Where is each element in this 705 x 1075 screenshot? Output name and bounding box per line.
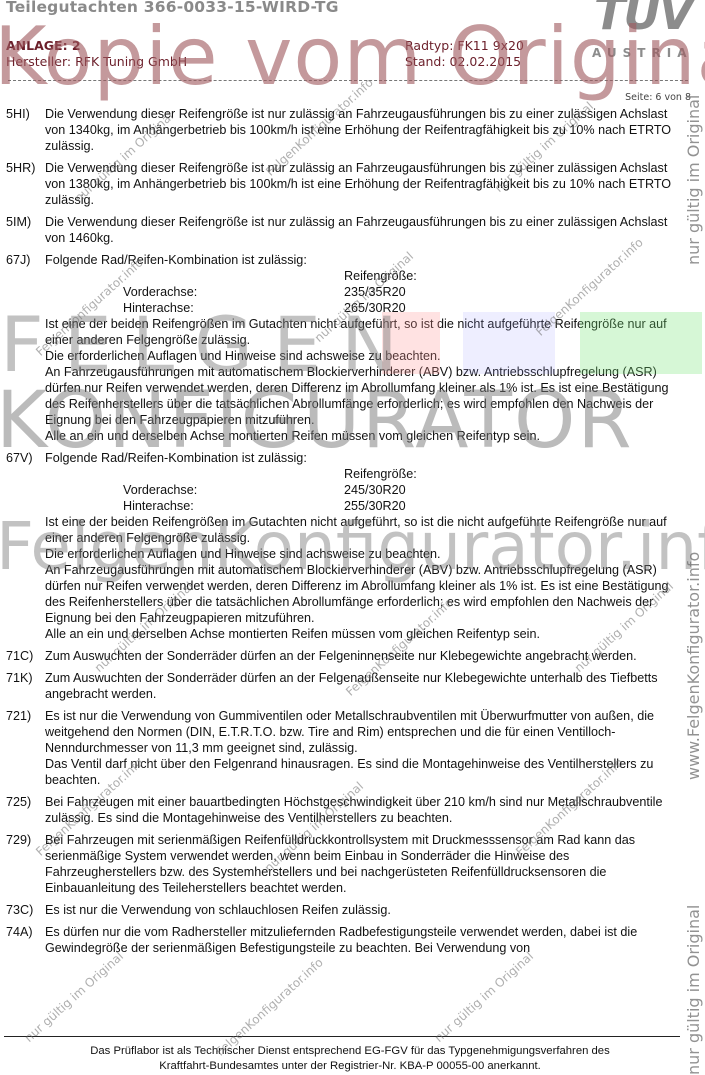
combo-item-67j: 67J) Folgende Rad/Reifen-Kombination ist…: [6, 252, 678, 444]
wheel-type-label: Radtyp: FK11 9x20: [405, 38, 524, 53]
front-axle-value: 245/30R20: [344, 482, 406, 498]
item-text: Es ist nur die Verwendung von schlauchlo…: [45, 902, 678, 918]
header-divider: [8, 80, 688, 81]
list-item: 729) Bei Fahrzeugen mit serienmäßigen Re…: [6, 832, 678, 896]
list-item: 73C) Es ist nur die Verwendung von schla…: [6, 902, 678, 918]
item-text: Das Ventil darf nicht über den Felgenran…: [45, 756, 678, 788]
combo-intro: Folgende Rad/Reifen-Kombination ist zulä…: [45, 450, 678, 466]
list-item: 5HI) Die Verwendung dieser Reifengröße i…: [6, 106, 678, 154]
logo-main-text: TÜV: [594, 0, 692, 40]
item-code: 67V): [6, 450, 45, 642]
item-code: 725): [6, 794, 45, 826]
date-label: Stand: 02.02.2015: [405, 54, 521, 69]
combo-note: Alle an ein und derselben Achse montiert…: [45, 626, 678, 642]
list-item: 74A) Es dürfen nur die vom Radhersteller…: [6, 924, 678, 956]
watermark-vertical-url: www.FelgenKonfigurator.info: [684, 552, 703, 780]
item-text: Die Verwendung dieser Reifengröße ist nu…: [45, 106, 678, 154]
footer-line: Kraftfahrt-Bundesamtes unter der Registr…: [40, 1059, 660, 1074]
combo-note: Ist eine der beiden Reifengrößen im Guta…: [45, 316, 678, 348]
list-item: 71K) Zum Auswuchten der Sonderräder dürf…: [6, 670, 678, 702]
list-item: 71C) Zum Auswuchten der Sonderräder dürf…: [6, 648, 678, 664]
table-header: Reifengröße:: [344, 268, 417, 284]
item-code: 729): [6, 832, 45, 896]
tuv-austria-logo: TÜV AUSTRIA: [590, 0, 700, 62]
list-item: 5HR) Die Verwendung dieser Reifengröße i…: [6, 160, 678, 208]
list-item: 5IM) Die Verwendung dieser Reifengröße i…: [6, 214, 678, 246]
item-code: 74A): [6, 924, 45, 956]
page-indicator: Seite: 6 von 8: [625, 92, 691, 103]
tyre-size-table: Reifengröße: Vorderachse: 245/30R20 Hint…: [45, 466, 678, 514]
watermark-vertical-original-bottom: nur gültig im Original: [684, 905, 703, 1075]
item-code: 5HI): [6, 106, 45, 154]
attachment-label: ANLAGE: 2: [6, 38, 81, 53]
document-page: Teilegutachten 366-0033-15-WIRD-TG ANLAG…: [0, 0, 705, 1075]
watermark-diagonal: nur gültig im Original: [432, 949, 536, 1045]
combo-item-67v: 67V) Folgende Rad/Reifen-Kombination ist…: [6, 450, 678, 642]
front-axle-value: 235/35R20: [344, 284, 406, 300]
combo-note: Alle an ein und derselben Achse montiert…: [45, 428, 678, 444]
item-code: 5HR): [6, 160, 45, 208]
combo-intro: Folgende Rad/Reifen-Kombination ist zulä…: [45, 252, 678, 268]
combo-note: An Fahrzeugausführungen mit automatische…: [45, 364, 678, 428]
manufacturer-label: Hersteller: RFK Tuning GmbH: [6, 54, 187, 69]
footer-line: Das Prüflabor ist als Technischer Dienst…: [40, 1044, 660, 1059]
watermark-vertical-original: nur gültig im Original: [684, 95, 703, 265]
list-item: 725) Bei Fahrzeugen mit einer bauartbedi…: [6, 794, 678, 826]
rear-axle-label: Hinterachse:: [123, 498, 194, 514]
list-item: 721) Es ist nur die Verwendung von Gummi…: [6, 708, 678, 788]
footer-divider: [4, 1036, 680, 1037]
item-code: 67J): [6, 252, 45, 444]
item-code: 71K): [6, 670, 45, 702]
document-id: Teilegutachten 366-0033-15-WIRD-TG: [6, 0, 339, 16]
rear-axle-value: 255/30R20: [344, 498, 406, 514]
item-text: Zum Auswuchten der Sonderräder dürfen an…: [45, 648, 678, 664]
rear-axle-label: Hinterachse:: [123, 300, 194, 316]
footer-note: Das Prüflabor ist als Technischer Dienst…: [40, 1044, 660, 1074]
combo-note: Die erforderlichen Auflagen und Hinweise…: [45, 546, 678, 562]
table-header: Reifengröße:: [344, 466, 417, 482]
front-axle-label: Vorderachse:: [123, 284, 197, 300]
item-code: 73C): [6, 902, 45, 918]
tyre-size-table: Reifengröße: Vorderachse: 235/35R20 Hint…: [45, 268, 678, 316]
watermark-diagonal: nur gültig im Original: [22, 949, 126, 1045]
item-text: Es dürfen nur die vom Radhersteller mitz…: [45, 924, 678, 956]
item-text: Zum Auswuchten der Sonderräder dürfen an…: [45, 670, 678, 702]
item-code: 5IM): [6, 214, 45, 246]
rear-axle-value: 265/30R20: [344, 300, 406, 316]
document-body: 5HI) Die Verwendung dieser Reifengröße i…: [6, 106, 678, 962]
item-text: Die Verwendung dieser Reifengröße ist nu…: [45, 214, 678, 246]
item-code: 71C): [6, 648, 45, 664]
item-text: Bei Fahrzeugen mit einer bauartbedingten…: [45, 794, 678, 826]
combo-note: An Fahrzeugausführungen mit automatische…: [45, 562, 678, 626]
item-text: Bei Fahrzeugen mit serienmäßigen Reifenf…: [45, 832, 678, 896]
logo-sub-text: AUSTRIA: [592, 46, 692, 60]
item-text: Die Verwendung dieser Reifengröße ist nu…: [45, 160, 678, 208]
combo-note: Die erforderlichen Auflagen und Hinweise…: [45, 348, 678, 364]
item-text: Es ist nur die Verwendung von Gummiventi…: [45, 708, 678, 756]
combo-note: Ist eine der beiden Reifengrößen im Guta…: [45, 514, 678, 546]
front-axle-label: Vorderachse:: [123, 482, 197, 498]
item-code: 721): [6, 708, 45, 788]
